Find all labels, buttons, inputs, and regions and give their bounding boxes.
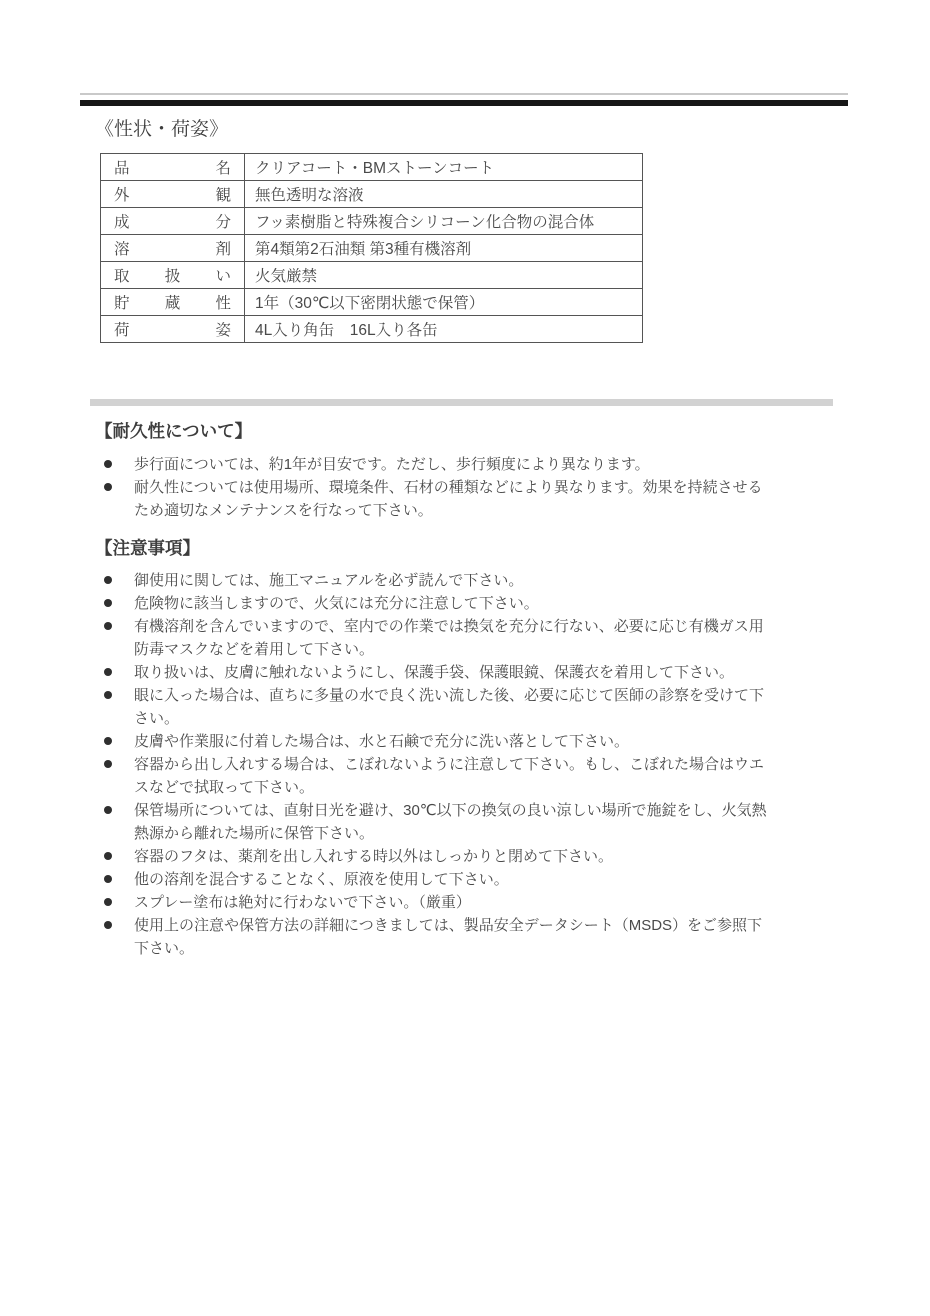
list-item-text: 取り扱いは、皮膚に触れないようにし、保護手袋、保護眼鏡、保護衣を着用して下さい。: [134, 661, 734, 684]
bullet-icon: [104, 852, 112, 860]
bullet-icon: [104, 668, 112, 676]
top-black-rule: [80, 100, 848, 106]
row-label-cell: 品名: [101, 154, 245, 181]
bullet-icon: [104, 737, 112, 745]
list-item: 容器のフタは、薬剤を出し入れする時以外はしっかりと閉めて下さい。: [104, 845, 930, 868]
list-item-text: 容器のフタは、薬剤を出し入れする時以外はしっかりと閉めて下さい。: [134, 845, 613, 868]
row-label-cell: 取扱い: [101, 262, 245, 289]
list-item: 保管場所については、直射日光を避け、30℃以下の換気の良い涼しい場所で施錠をし、…: [104, 799, 930, 845]
table-row: 貯蔵性 1年（30℃以下密閉状態で保管）: [101, 289, 643, 316]
list-item: 皮膚や作業服に付着した場合は、水と石鹸で充分に洗い落として下さい。: [104, 730, 930, 753]
row-label-cell: 成分: [101, 208, 245, 235]
bullet-icon: [104, 806, 112, 814]
list-item-text: 使用上の注意や保管方法の詳細につきましては、製品安全データシート（MSDS）をご…: [134, 914, 762, 960]
bullet-icon: [104, 599, 112, 607]
row-value: 第4類第2石油類 第3種有機溶剤: [245, 235, 643, 262]
list-item-text: 眼に入った場合は、直ちに多量の水で良く洗い流した後、必要に応じて医師の診察を受け…: [134, 684, 764, 730]
document-page: 《性状・荷姿》 品名 クリアコート・BMストーンコート 外観 無色透明な溶液 成…: [0, 0, 930, 1316]
bullet-icon: [104, 898, 112, 906]
row-label: 品名: [114, 156, 231, 178]
bullet-icon: [104, 691, 112, 699]
top-thin-rule: [80, 93, 848, 95]
row-value: 4L入り角缶 16L入り各缶: [245, 316, 643, 343]
precautions-section-title: 【注意事項】: [95, 536, 930, 560]
row-value: 1年（30℃以下密閉状態で保管）: [245, 289, 643, 316]
list-item-text: 皮膚や作業服に付着した場合は、水と石鹸で充分に洗い落として下さい。: [134, 730, 629, 753]
table-row: 取扱い 火気厳禁: [101, 262, 643, 289]
document-content: 《性状・荷姿》 品名 クリアコート・BMストーンコート 外観 無色透明な溶液 成…: [0, 117, 930, 960]
bullet-icon: [104, 576, 112, 584]
bullet-icon: [104, 875, 112, 883]
table-row: 外観 無色透明な溶液: [101, 181, 643, 208]
row-label: 外観: [114, 183, 231, 205]
row-label: 取扱い: [114, 264, 231, 286]
properties-section-title: 《性状・荷姿》: [95, 117, 930, 142]
list-item-text: 御使用に関しては、施工マニュアルを必ず読んで下さい。: [134, 569, 523, 592]
list-item-text: 他の溶剤を混合することなく、原液を使用して下さい。: [134, 868, 509, 891]
table-row: 荷姿 4L入り角缶 16L入り各缶: [101, 316, 643, 343]
list-item: 御使用に関しては、施工マニュアルを必ず読んで下さい。: [104, 569, 930, 592]
bullet-icon: [104, 921, 112, 929]
row-label-cell: 貯蔵性: [101, 289, 245, 316]
row-label-cell: 外観: [101, 181, 245, 208]
list-item-text: 保管場所については、直射日光を避け、30℃以下の換気の良い涼しい場所で施錠をし、…: [134, 799, 767, 845]
row-label: 貯蔵性: [114, 291, 231, 313]
durability-section-title: 【耐久性について】: [95, 419, 930, 443]
section-divider-bar: [90, 399, 833, 406]
list-item-text: 有機溶剤を含んでいますので、室内での作業では換気を充分に行ない、必要に応じ有機ガ…: [134, 615, 764, 661]
list-item: 容器から出し入れする場合は、こぼれないように注意して下さい。もし、こぼれた場合は…: [104, 753, 930, 799]
row-label: 荷姿: [114, 318, 231, 340]
list-item: 有機溶剤を含んでいますので、室内での作業では換気を充分に行ない、必要に応じ有機ガ…: [104, 615, 930, 661]
table-row: 品名 クリアコート・BMストーンコート: [101, 154, 643, 181]
row-label: 溶剤: [114, 237, 231, 259]
row-label-cell: 溶剤: [101, 235, 245, 262]
list-item: 歩行面については、約1年が目安です。ただし、歩行頻度により異なります。: [104, 453, 930, 476]
list-item: スプレー塗布は絶対に行わないで下さい。（厳重）: [104, 891, 930, 914]
list-item-text: 歩行面については、約1年が目安です。ただし、歩行頻度により異なります。: [134, 453, 650, 476]
list-item: 耐久性については使用場所、環境条件、石材の種類などにより異なります。効果を持続さ…: [104, 476, 930, 522]
bullet-icon: [104, 622, 112, 630]
properties-table: 品名 クリアコート・BMストーンコート 外観 無色透明な溶液 成分 フッ素樹脂と…: [100, 153, 643, 343]
row-value: クリアコート・BMストーンコート: [245, 154, 643, 181]
list-item: 危険物に該当しますので、火気には充分に注意して下さい。: [104, 592, 930, 615]
list-item: 他の溶剤を混合することなく、原液を使用して下さい。: [104, 868, 930, 891]
list-item-text: 危険物に該当しますので、火気には充分に注意して下さい。: [134, 592, 539, 615]
list-item: 眼に入った場合は、直ちに多量の水で良く洗い流した後、必要に応じて医師の診察を受け…: [104, 684, 930, 730]
row-label: 成分: [114, 210, 231, 232]
table-row: 成分 フッ素樹脂と特殊複合シリコーン化合物の混合体: [101, 208, 643, 235]
list-item-text: スプレー塗布は絶対に行わないで下さい。（厳重）: [134, 891, 471, 914]
durability-list: 歩行面については、約1年が目安です。ただし、歩行頻度により異なります。 耐久性に…: [0, 453, 930, 522]
list-item: 使用上の注意や保管方法の詳細につきましては、製品安全データシート（MSDS）をご…: [104, 914, 930, 960]
row-value: 火気厳禁: [245, 262, 643, 289]
row-value: 無色透明な溶液: [245, 181, 643, 208]
row-label-cell: 荷姿: [101, 316, 245, 343]
bullet-icon: [104, 483, 112, 491]
list-item: 取り扱いは、皮膚に触れないようにし、保護手袋、保護眼鏡、保護衣を着用して下さい。: [104, 661, 930, 684]
list-item-text: 耐久性については使用場所、環境条件、石材の種類などにより異なります。効果を持続さ…: [134, 476, 763, 522]
precautions-list: 御使用に関しては、施工マニュアルを必ず読んで下さい。 危険物に該当しますので、火…: [0, 569, 930, 960]
bullet-icon: [104, 760, 112, 768]
table-row: 溶剤 第4類第2石油類 第3種有機溶剤: [101, 235, 643, 262]
list-item-text: 容器から出し入れする場合は、こぼれないように注意して下さい。もし、こぼれた場合は…: [134, 753, 764, 799]
row-value: フッ素樹脂と特殊複合シリコーン化合物の混合体: [245, 208, 643, 235]
bullet-icon: [104, 460, 112, 468]
